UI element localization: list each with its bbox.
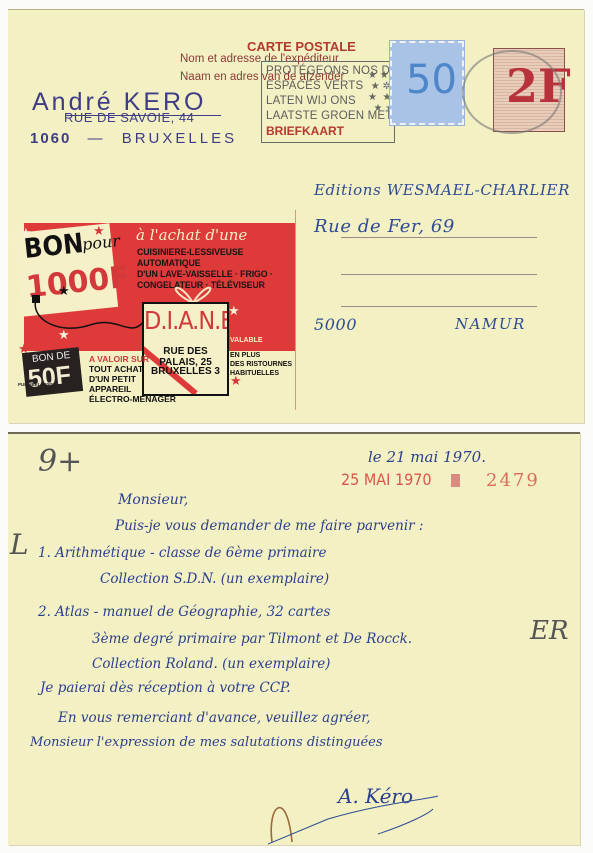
publibel-code: PUBLIBEL 220/FM [18, 382, 57, 387]
sender-city-line: 1060 — BRUXELLES [30, 130, 237, 147]
postmark-circle [462, 50, 562, 134]
sender-city: BRUXELLES [122, 130, 237, 147]
star-icon: ★ [20, 225, 32, 241]
bon50-value: 50F [27, 361, 73, 394]
handwritten-date: le 21 mai 1970. [368, 448, 486, 466]
signature-flourish [268, 794, 448, 853]
recipient-postcode: 5000 [314, 315, 357, 334]
recipient-city: NAMUR [455, 315, 526, 333]
valoir-line: APPAREIL [89, 384, 176, 394]
bon-title: BON [23, 228, 85, 265]
recipient-line-1: Editions WESMAEL-CHARLIER [314, 181, 570, 199]
address-divider [295, 210, 296, 410]
pencil-mark: ER [530, 616, 569, 646]
received-number: 2479 [486, 470, 540, 491]
postcard-back: 9+ ER L le 21 mai 1970. 25 MAI 1970 2479… [8, 432, 580, 845]
stamp-50c-lion: 50 [390, 41, 464, 125]
address-rule [341, 274, 537, 275]
letter-line: Je paierai dès réception à votre CCP. [40, 680, 291, 696]
address-rule [341, 306, 537, 307]
valable-line: HABITUELLES [230, 369, 292, 378]
star-icon: ★ [93, 223, 105, 239]
salutation: Monsieur, [118, 492, 188, 508]
star-icon: ★ [228, 303, 240, 319]
letter-line: Puis-je vous demander de me faire parven… [115, 518, 423, 534]
valoir-line: D'UN PETIT [89, 374, 176, 384]
valoir-label: A VALOIR SUR [89, 354, 149, 364]
letter-line: Collection Roland. (un exemplaire) [92, 656, 330, 672]
letter-line: 2. Atlas - manuel de Géographie, 32 cart… [38, 604, 330, 620]
valoir-line: ÉLECTRO-MÉNAGER [89, 394, 176, 404]
sender-street: RUE DE SAVOIE, 44 [64, 110, 194, 125]
carte-postale-header: CARTE POSTALE [247, 39, 356, 54]
stamp-value: 50 [406, 57, 457, 103]
letter-line: 1. Arithmétique - classe de 6ème primair… [38, 545, 326, 561]
letter-line: Monsieur l'expression de mes salutations… [30, 735, 383, 750]
valable-line: EN PLUS [230, 351, 292, 360]
received-date-stamp: 25 MAI 1970 [341, 470, 432, 489]
postcard-front: Nom et adresse de l'expéditeur Naam en a… [8, 9, 584, 423]
plug-cord-icon [30, 295, 150, 345]
sender-postcode: 1060 [30, 130, 71, 147]
address-rule [341, 237, 537, 238]
advertisement: BON pour 1000F à l'achat d'une CUISINIER… [18, 223, 295, 393]
pencil-mark: L [10, 528, 29, 561]
stamp-block [451, 474, 460, 487]
briefkaart-label: BRIEFKAART [266, 124, 344, 138]
valoir-line: TOUT ACHAT [89, 364, 176, 374]
appliance-line: CUISINIERE-LESSIVEUSE AUTOMATIQUE [137, 247, 295, 269]
advert-achat: à l'achat d'une [136, 226, 247, 244]
valable-text: EN PLUS DES RISTOURNES HABITUELLES [230, 351, 292, 378]
valable-label: VALABLE [230, 337, 263, 344]
letter-line: En vous remerciant d'avance, veuillez ag… [58, 710, 370, 726]
letter-line: Collection S.D.N. (un exemplaire) [100, 571, 329, 587]
valoir-text: TOUT ACHAT D'UN PETIT APPAREIL ÉLECTRO-M… [89, 364, 176, 404]
recipient-line-2: Rue de Fer, 69 [314, 216, 455, 237]
pencil-mark: 9+ [38, 444, 82, 479]
sender-dash: — [88, 130, 106, 147]
shop-name: D.I.A.N.E. [144, 306, 227, 335]
letter-line: 3ème degré primaire par Tilmont et De Ro… [92, 631, 412, 647]
valable-line: DES RISTOURNES [230, 360, 292, 369]
